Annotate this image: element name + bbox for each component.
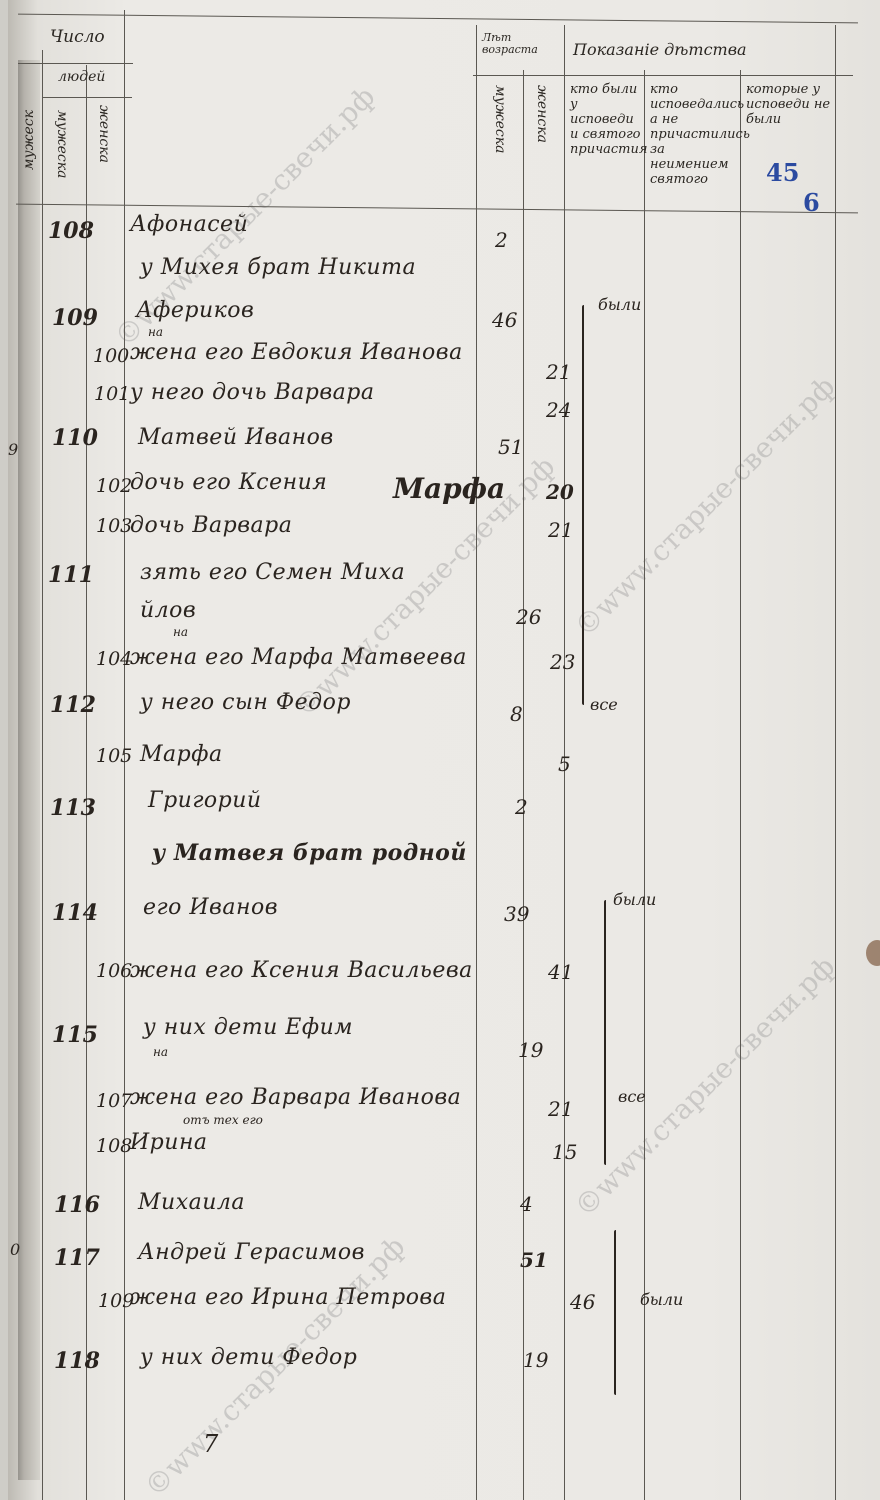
entry-text: Михаила [138, 1190, 245, 1215]
entry-text: у них дети Федор [140, 1345, 357, 1370]
entry-text: Афонасей [130, 212, 248, 237]
rule [473, 75, 853, 76]
female-number: 104 [96, 648, 132, 670]
entry-text: дочь Варвара [130, 513, 292, 538]
rule [18, 63, 133, 64]
male-number: 117 [54, 1245, 100, 1271]
female-number: 103 [96, 515, 132, 537]
male-number: 108 [48, 218, 94, 244]
column-line [644, 70, 645, 1500]
interlinear-note: на [173, 625, 188, 639]
entry-text: жена его Ирина Петрова [130, 1285, 446, 1310]
margin-mark: 9 [8, 440, 18, 459]
male-number: 111 [48, 562, 94, 588]
column-line [476, 25, 477, 1500]
entry-text: у Михея брат Никита [140, 255, 416, 280]
age-male: 46 [492, 308, 517, 332]
entry-text: Андрей Герасимов [138, 1240, 365, 1265]
ink-stain [866, 940, 880, 966]
header-souls: людей [58, 70, 105, 85]
column-line [523, 70, 524, 1500]
male-number: 109 [52, 305, 98, 331]
entry-text: у него дочь Варвара [130, 380, 374, 405]
age-male: 8 [510, 702, 523, 726]
male-number: 116 [54, 1192, 100, 1218]
testimony-note: были [598, 295, 641, 314]
male-number: 112 [50, 692, 96, 718]
age-male: 2 [515, 795, 528, 819]
header-age-male: мужеска [492, 85, 507, 153]
entry-text: жена его Марфа Матвеева [130, 645, 467, 670]
entry-text: у них дети Ефим [143, 1015, 353, 1040]
age-female: 23 [550, 650, 575, 674]
header-testimony-3: которые у исповеди не были [746, 82, 834, 127]
blue-pencil-mark-2: 6 [803, 188, 820, 217]
testimony-note: все [618, 1087, 646, 1106]
age-female: 24 [546, 398, 571, 422]
age-female: 5 [558, 752, 571, 776]
male-number: 110 [52, 425, 98, 451]
entry-text: у Матвея брат родной [152, 840, 467, 866]
female-number: 100 [93, 345, 129, 367]
manuscript-page: ©www.старые-свечи.рф ©www.старые-свечи.р… [8, 0, 880, 1500]
entry-text: зять его Семен Миха [140, 560, 405, 585]
entry-text: Афериков [136, 298, 254, 323]
male-number: 114 [52, 900, 98, 926]
rule [42, 97, 132, 98]
header-female: женска [96, 105, 111, 163]
header-male: мужеска [54, 110, 69, 178]
interlinear-note: отъ тех его [183, 1113, 263, 1127]
female-number: 108 [96, 1135, 132, 1157]
age-female: 21 [546, 360, 571, 384]
column-line [86, 65, 87, 1500]
group-brace [614, 1230, 616, 1395]
testimony-note: все [590, 695, 618, 714]
age-female: 41 [548, 960, 573, 984]
female-number: 105 [96, 745, 132, 767]
age-male: 19 [523, 1348, 548, 1372]
column-line [835, 25, 836, 1500]
age-male: 51 [520, 1248, 548, 1272]
age-male: 26 [516, 605, 541, 629]
female-number: 109 [98, 1290, 134, 1312]
entry-text: жена его Варвара Иванова [130, 1085, 461, 1110]
age-male: 39 [504, 902, 529, 926]
age-female: 21 [548, 1097, 573, 1121]
group-brace [582, 305, 584, 705]
age-female: 20 [546, 480, 574, 504]
interlinear-note: на [153, 1045, 168, 1059]
footer-mark: 7 [203, 1430, 218, 1458]
header-testimony-2: кто исповедались а не причастились за не… [650, 82, 738, 187]
age-male: 51 [498, 435, 523, 459]
age-male: 4 [520, 1192, 533, 1216]
header-age: Лѣт возраста [482, 32, 567, 56]
entry-text: йлов [140, 598, 196, 623]
blue-pencil-mark: 45 [766, 158, 799, 187]
age-male: 2 [495, 228, 508, 252]
column-line [740, 70, 741, 1500]
testimony-note: были [613, 890, 656, 909]
entry-text: Ирина [130, 1130, 208, 1155]
age-male: 19 [518, 1038, 543, 1062]
page-binding [18, 60, 40, 1480]
entry-text: Марфа [140, 742, 223, 767]
female-number: 102 [96, 475, 132, 497]
age-female: 46 [570, 1290, 595, 1314]
entry-text: жена его Ксения Васильева [130, 958, 473, 983]
interlinear-note: на [148, 325, 163, 339]
male-number: 118 [54, 1348, 100, 1374]
inserted-name: Марфа [393, 472, 505, 505]
entry-text: Григорий [148, 788, 262, 813]
header-testimony: Показанiе дѣтства [573, 42, 747, 57]
testimony-note: были [640, 1290, 683, 1309]
group-brace [604, 900, 606, 1165]
rule-top [18, 14, 858, 24]
male-number: 115 [52, 1022, 98, 1048]
header-testimony-1: кто были у исповеди и святого причастия [570, 82, 642, 157]
entry-text: Матвей Иванов [138, 425, 334, 450]
age-female: 21 [548, 518, 573, 542]
header-number: Число [50, 30, 105, 45]
entry-text: жена его Евдокия Иванова [130, 340, 463, 365]
male-number: 113 [50, 795, 96, 821]
column-line [42, 50, 43, 1500]
entry-text: его Иванов [143, 895, 278, 920]
margin-mark: 0 [10, 1240, 20, 1259]
female-number: 106 [96, 960, 132, 982]
watermark: ©www.старые-свечи.рф [568, 370, 841, 643]
header-side: мужеск [22, 110, 37, 170]
female-number: 101 [94, 383, 130, 405]
female-number: 107 [96, 1090, 132, 1112]
age-female: 15 [552, 1140, 577, 1164]
entry-text: дочь его Ксения [130, 470, 327, 495]
watermark: ©www.старые-свечи.рф [568, 950, 841, 1223]
entry-text: у него сын Федор [140, 690, 351, 715]
header-age-female: женска [534, 85, 549, 143]
